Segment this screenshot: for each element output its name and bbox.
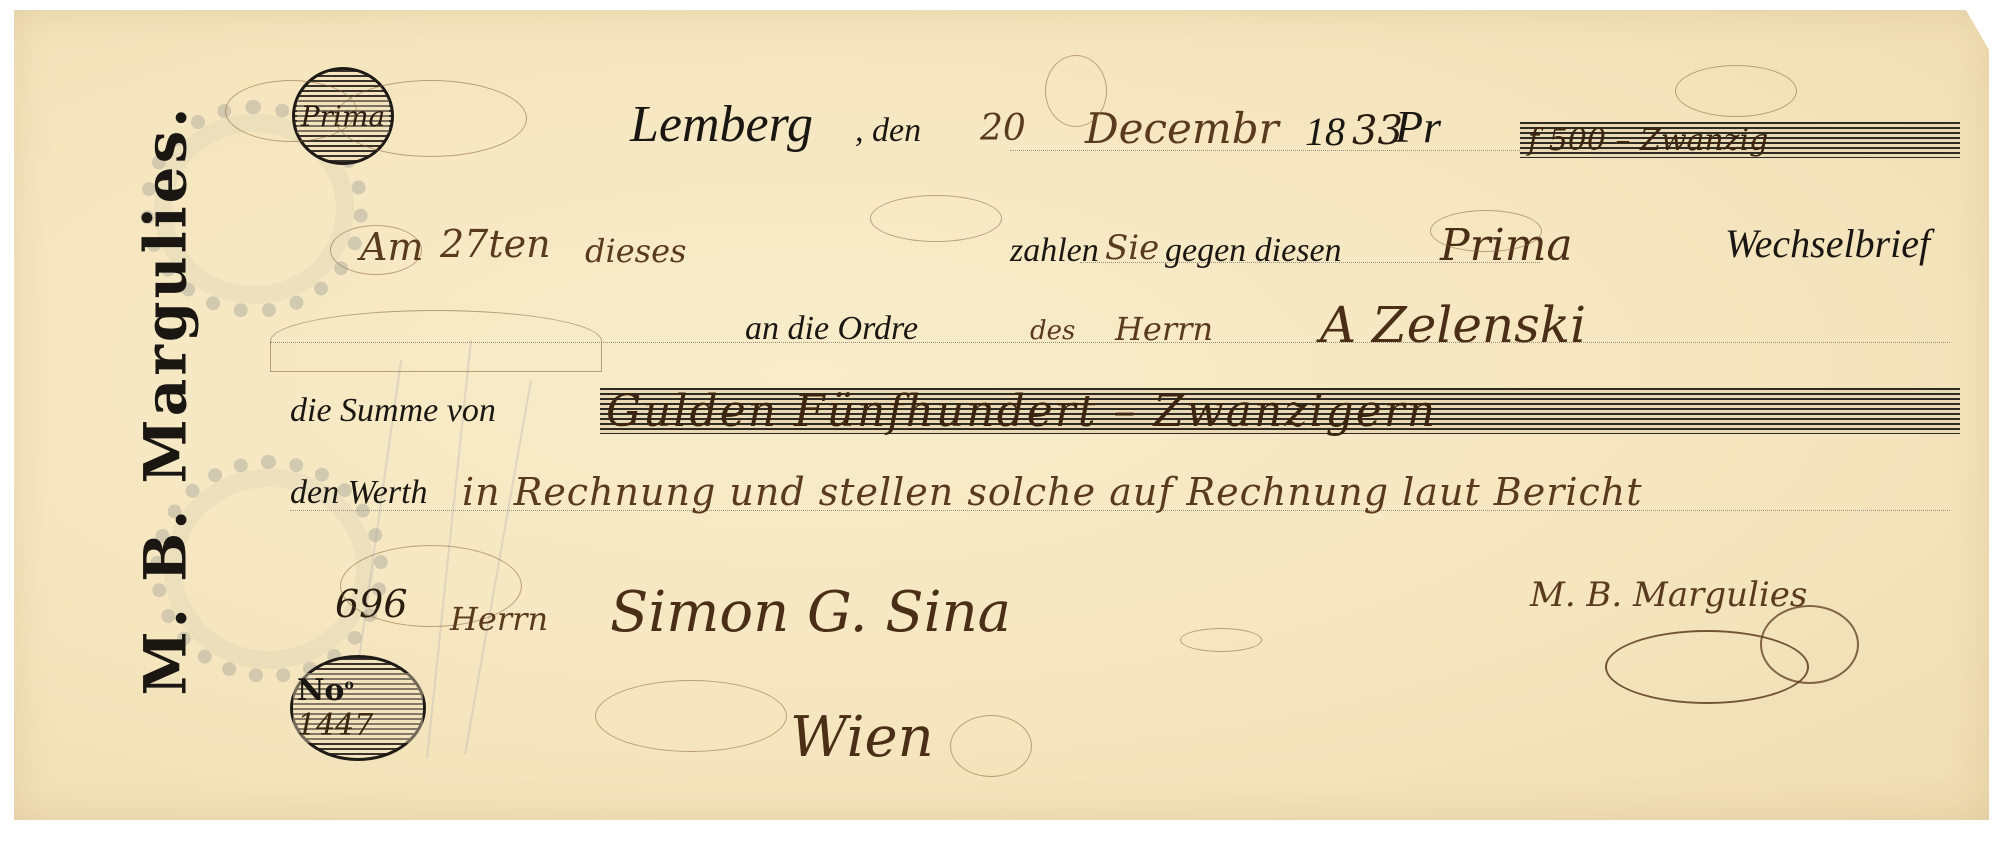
signature-flourish xyxy=(1760,605,1859,684)
addressee-name: Simon G. Sina xyxy=(610,580,1011,645)
due-am: Am xyxy=(360,225,423,269)
issue-city: Lemberg xyxy=(630,95,813,154)
line2-printed-ordre: an die Ordre xyxy=(745,310,918,348)
pr-label: Pr xyxy=(1395,100,1441,153)
drawer-signature: M. B. Margulies xyxy=(1530,575,1807,615)
amount-band: f 500 – Zwanzig xyxy=(1520,122,1960,158)
date-prefix: , den xyxy=(855,112,921,150)
flourish xyxy=(1430,210,1542,252)
due-date: 27ten xyxy=(440,222,551,266)
line1-printed-zahlen: zahlen xyxy=(1010,232,1099,270)
value-clause: in Rechnung und stellen solche auf Rechn… xyxy=(462,470,1643,514)
line3-printed-summe: die Summe von xyxy=(290,392,496,430)
issue-month: Decembr xyxy=(1085,104,1279,153)
issuer-side-title: M. B. Margulies. xyxy=(100,80,230,720)
issue-day: 20 xyxy=(980,108,1026,149)
line4-printed-werth: den Werth xyxy=(290,474,428,512)
flourish xyxy=(270,310,602,372)
bill-amount: f 500 – Zwanzig xyxy=(1528,123,1768,158)
flourish xyxy=(950,715,1032,777)
number-label: Noo 1447 xyxy=(293,673,423,743)
flourish xyxy=(870,195,1002,242)
flourish xyxy=(1180,628,1262,652)
line1-printed-gegen-diesen: gegen diesen xyxy=(1165,232,1342,270)
amount-words-band: Gulden Fünfhundert – Zwanzigern xyxy=(600,388,1960,434)
number-prefix: No xyxy=(297,673,344,708)
flourish xyxy=(595,680,787,752)
due-dieses: dieses xyxy=(585,232,686,270)
issuer-name-vertical: M. B. Margulies. xyxy=(131,105,199,696)
issue-year-printed: 18 xyxy=(1305,108,1345,155)
line2-herrn: Herrn xyxy=(1115,310,1213,348)
line2-des: des xyxy=(1030,316,1075,346)
payee-name: A Zelenski xyxy=(1320,296,1586,354)
number-oval: Noo 1447 xyxy=(290,655,426,761)
amount-in-words: Gulden Fünfhundert – Zwanzigern xyxy=(606,386,1437,437)
number-value: 1447 xyxy=(297,708,373,743)
addressee-herrn: Herrn xyxy=(450,600,548,638)
line1-sie: Sie xyxy=(1105,228,1159,268)
flourish xyxy=(1675,65,1797,117)
line1-printed-wechselbrief: Wechselbrief xyxy=(1725,220,1930,267)
flourish xyxy=(1045,55,1107,127)
flourish xyxy=(335,80,527,157)
addressee-city: Wien xyxy=(790,705,934,770)
